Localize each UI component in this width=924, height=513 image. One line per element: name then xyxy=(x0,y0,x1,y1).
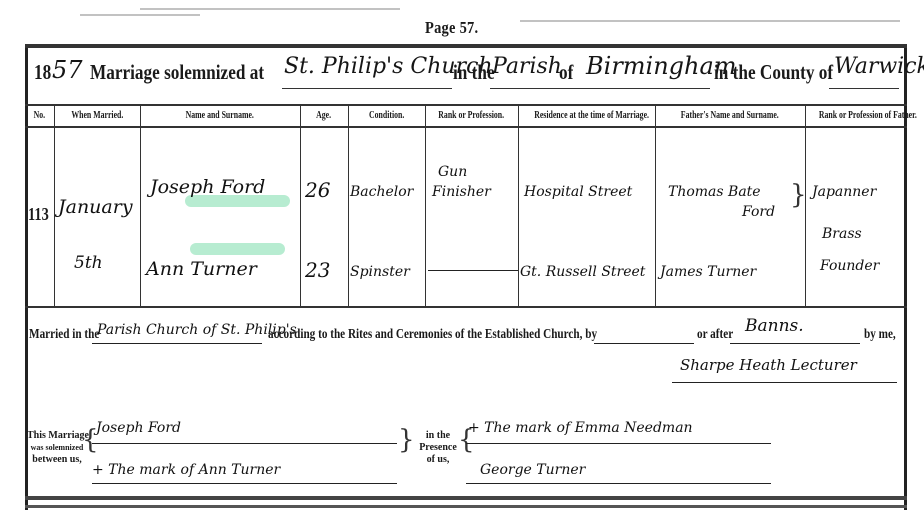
when-married-month: January xyxy=(58,196,133,218)
scan-artifact xyxy=(80,14,200,16)
column-header-residence: Residence at the time of Marriage. xyxy=(518,110,655,124)
solemnized-label: This Marriage was solemnized between us, xyxy=(27,430,87,466)
in-the-text: in the xyxy=(453,60,495,85)
column-divider xyxy=(348,104,349,306)
column-divider xyxy=(518,104,519,306)
bride-residence: Gt. Russell Street xyxy=(520,264,645,280)
bottom-rule xyxy=(25,496,907,500)
groom-father-rank: Japanner xyxy=(812,184,876,200)
column-header-father-rank: Rank or Profession of Father. xyxy=(805,110,906,124)
groom-father-line1: Thomas Bate xyxy=(668,184,761,200)
officiant-signature: Sharpe Heath Lecturer xyxy=(680,356,857,374)
bride-father-rank-line2: Founder xyxy=(820,258,879,274)
married-in-label: Married in the xyxy=(29,327,99,343)
column-divider xyxy=(54,104,55,306)
when-married-day: 5th xyxy=(74,253,103,273)
bride-condition: Spinster xyxy=(350,264,410,280)
year-suffix: 57 xyxy=(52,56,83,84)
by-me-label: by me, xyxy=(864,327,896,343)
groom-signature: Joseph Ford xyxy=(96,420,181,436)
brace: } xyxy=(398,425,415,455)
name-highlight xyxy=(190,243,285,255)
bride-age: 23 xyxy=(305,258,330,282)
parish-label: Parish xyxy=(492,54,562,79)
entry-number: 113 xyxy=(28,204,49,225)
rites-text: according to the Rites and Ceremonies of… xyxy=(268,327,597,343)
column-divider xyxy=(300,104,301,306)
bride-father: James Turner xyxy=(660,264,756,280)
bride-father-rank-line1: Brass xyxy=(822,226,862,242)
witness-1-signature: + The mark of Emma Needman xyxy=(468,420,693,436)
column-header-rank: Rank or Profession. xyxy=(425,110,518,124)
by-blank xyxy=(594,343,694,344)
presence-label: in the Presence of us, xyxy=(418,430,458,466)
column-header-age: Age. xyxy=(300,110,348,124)
column-divider xyxy=(140,104,141,306)
header-top-rule xyxy=(25,104,907,106)
groom-age: 26 xyxy=(305,178,330,202)
column-header-name: Name and Surname. xyxy=(140,110,300,124)
top-rule xyxy=(25,44,907,48)
marriage-solemnized-text: Marriage solemnized at xyxy=(90,60,264,85)
or-after-label: or after xyxy=(697,327,733,343)
groom-rank-line1: Gun xyxy=(438,164,467,180)
groom-residence: Hospital Street xyxy=(524,184,632,200)
bride-name: Ann Turner xyxy=(146,258,257,280)
scan-artifact xyxy=(520,20,900,22)
of-text: of xyxy=(559,60,573,85)
header-bottom-rule xyxy=(25,126,907,128)
bottom-rule xyxy=(25,505,907,508)
groom-father-line2: Ford xyxy=(742,204,775,220)
column-divider xyxy=(425,104,426,306)
bride-signature: + The mark of Ann Turner xyxy=(92,462,280,478)
column-header-condition: Condition. xyxy=(348,110,425,124)
county-text: in the County of xyxy=(714,60,833,85)
page-number: Page 57. xyxy=(425,18,478,38)
witness-2-signature: George Turner xyxy=(480,462,585,478)
county-value: Warwick xyxy=(834,54,924,79)
column-header-father: Father's Name and Surname. xyxy=(655,110,805,124)
groom-condition: Bachelor xyxy=(350,184,413,200)
year-prefix: 18 xyxy=(34,60,51,85)
register-title: 18 57 Marriage solemnized at St. Philip'… xyxy=(34,60,904,94)
groom-name: Joseph Ford xyxy=(150,176,265,198)
column-header-when-married: When Married. xyxy=(54,110,140,124)
column-header-no: No. xyxy=(25,110,54,124)
brace: } xyxy=(790,180,807,210)
or-after-value: Banns. xyxy=(745,316,804,336)
married-in-value: Parish Church of St. Philip's xyxy=(97,322,297,338)
scan-artifact xyxy=(140,8,400,10)
bride-rank-blank xyxy=(428,270,518,271)
entry-bottom-rule xyxy=(25,306,907,308)
groom-rank-line2: Finisher xyxy=(432,184,491,200)
column-divider xyxy=(655,104,656,306)
